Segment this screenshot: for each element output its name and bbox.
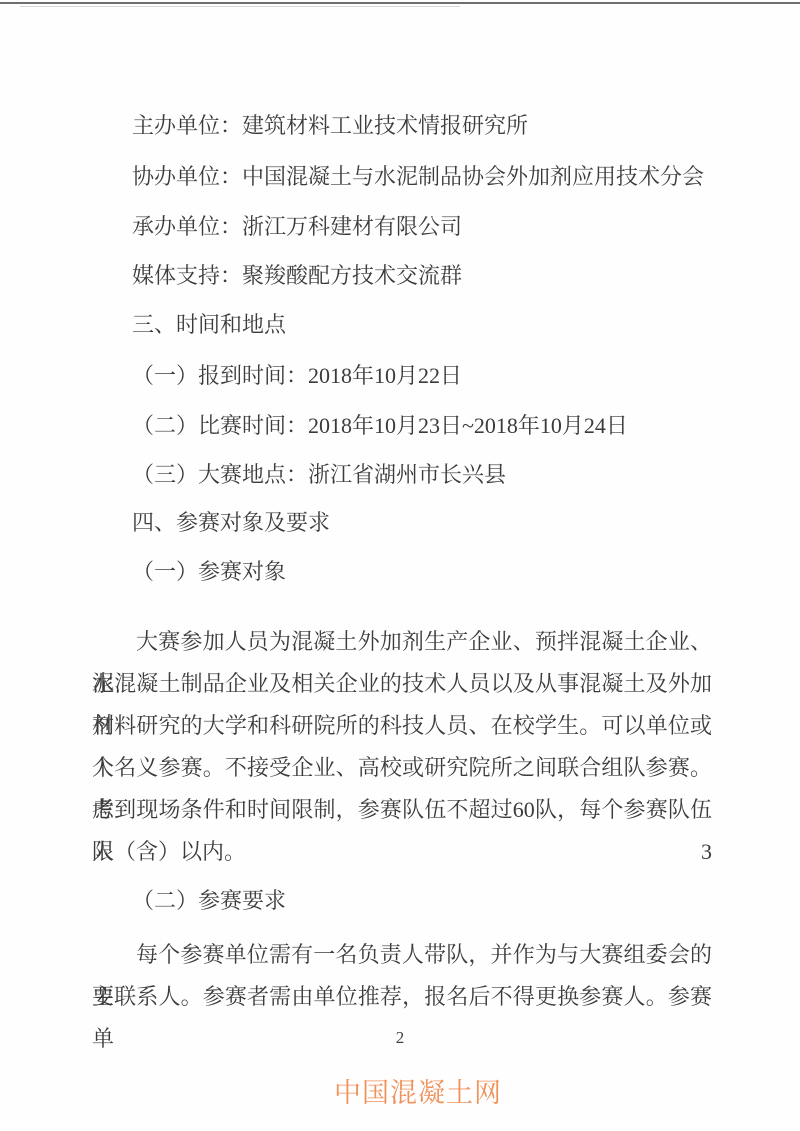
paragraph-line: 要联系人。参赛者需由单位推荐，报名后不得更换参赛人。参赛单: [92, 976, 712, 1018]
paragraph-line: 泥混凝土制品企业及相关企业的技术人员以及从事混凝土及外加剂: [92, 663, 712, 705]
section-heading-time-place: 三、时间和地点: [132, 313, 286, 337]
subsection-heading-participant-requirements: （二）参赛要求: [132, 889, 286, 913]
document-page: 主办单位：建筑材料工业技术情报研究所 协办单位：中国混凝土与水泥制品协会外加剂应…: [0, 0, 800, 1131]
page-number: 2: [0, 1028, 800, 1048]
paragraph-line: 虑到现场条件和时间限制，参赛队伍不超过60队，每个参赛队伍限3: [92, 789, 712, 831]
section-heading-participants: 四、参赛对象及要求: [132, 511, 330, 535]
subsection-heading-participant-targets: （一）参赛对象: [132, 560, 286, 584]
paragraph-line: 材料研究的大学和科研院所的科技人员、在校学生。可以单位或个: [92, 705, 712, 747]
watermark: 中国混凝土网: [18, 1071, 800, 1110]
scan-artifact-line: [0, 2, 800, 4]
paragraph-line: 每个参赛单位需有一名负责人带队，并作为与大赛组委会的主: [92, 934, 712, 976]
list-item-registration-time: （一）报到时间：2018年10月22日: [132, 364, 462, 388]
organizer-line-host: 主办单位：建筑材料工业技术情报研究所: [132, 114, 528, 138]
paragraph-line: 大赛参加人员为混凝土外加剂生产企业、预拌混凝土企业、水: [92, 621, 712, 663]
list-item-competition-place: （三）大赛地点：浙江省湖州市长兴县: [132, 463, 506, 487]
paragraph-participant-requirements: 每个参赛单位需有一名负责人带队，并作为与大赛组委会的主 要联系人。参赛者需由单位…: [92, 934, 712, 1018]
organizer-line-coorganizer: 协办单位：中国混凝土与水泥制品协会外加剂应用技术分会: [132, 165, 704, 189]
organizer-line-media-support: 媒体支持：聚羧酸配方技术交流群: [132, 264, 462, 288]
list-item-competition-time: （二）比赛时间：2018年10月23日~2018年10月24日: [132, 414, 628, 438]
organizer-line-undertaker: 承办单位：浙江万科建材有限公司: [132, 215, 462, 239]
scan-artifact-line-faint: [20, 6, 460, 7]
paragraph-line: 人名义参赛。不接受企业、高校或研究院所之间联合组队参赛。考: [92, 747, 712, 789]
paragraph-participant-targets: 大赛参加人员为混凝土外加剂生产企业、预拌混凝土企业、水 泥混凝土制品企业及相关企…: [92, 621, 712, 873]
